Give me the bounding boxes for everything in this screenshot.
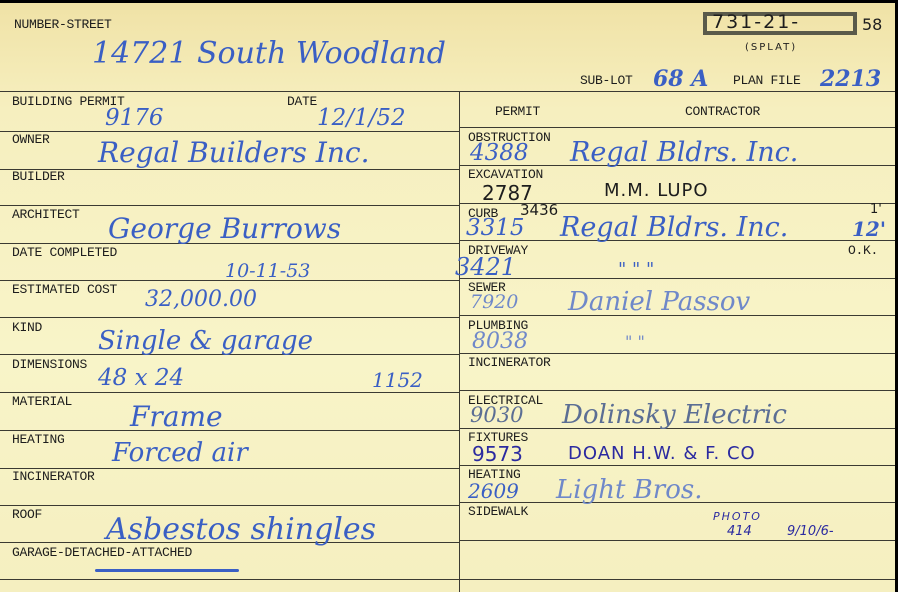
divider [459, 390, 895, 391]
fixtures-permit: 9573 [472, 444, 523, 464]
divider [0, 430, 459, 431]
obstruction-contractor: Regal Bldrs. Inc. [570, 139, 798, 166]
heating-value: Forced air [112, 440, 248, 466]
column-divider [459, 91, 460, 592]
photo-note-date: 9/10/6- [787, 525, 834, 538]
photo-note-label: PHOTO [713, 511, 762, 522]
photo-note-number: 414 [727, 525, 752, 538]
divider [459, 540, 895, 541]
date-completed-label: DATE COMPLETED [12, 246, 117, 260]
divider [0, 392, 459, 393]
date-label: DATE [287, 95, 317, 109]
divider [0, 317, 459, 318]
excavation-permit: 2787 [482, 183, 533, 203]
owner-label: OWNER [12, 133, 50, 147]
sidewalk-label: SIDEWALK [468, 505, 528, 519]
excavation-label: EXCAVATION [468, 168, 543, 182]
curb-measure-top: 1' [870, 203, 882, 216]
material-value: Frame [130, 403, 223, 431]
file-number-note: (SPLAT) [745, 43, 797, 53]
heating-permit: 2609 [468, 481, 519, 501]
date-value: 12/1/52 [317, 107, 406, 130]
curb-contractor: Regal Bldrs. Inc. [560, 214, 788, 241]
curb-permit-note: 3436 [520, 203, 558, 218]
incinerator-label: INCINERATOR [12, 470, 95, 484]
electrical-contractor: Dolinsky Electric [562, 402, 787, 428]
dimensions-extra: 1152 [372, 370, 423, 390]
garage-label: GARAGE-DETACHED-ATTACHED [12, 546, 192, 560]
kind-value: Single & garage [98, 328, 313, 354]
plumbing-contractor: " " [625, 334, 645, 350]
divider [459, 127, 895, 128]
sewer-permit: 7920 [470, 293, 518, 312]
sub-lot-label: SUB-LOT [580, 74, 633, 88]
dimensions-value: 48 x 24 [98, 367, 184, 390]
roof-label: ROOF [12, 508, 42, 522]
divider [459, 278, 895, 279]
divider [0, 205, 459, 206]
electrical-permit: 9030 [470, 405, 523, 426]
sub-lot-value: 68 A [653, 68, 708, 90]
divider [0, 131, 459, 132]
building-permit-value: 9176 [105, 107, 164, 130]
number-street-label: NUMBER-STREET [14, 18, 112, 32]
estimated-cost-value: 32,000.00 [145, 289, 257, 311]
owner-value: Regal Builders Inc. [98, 139, 369, 167]
architect-label: ARCHITECT [12, 208, 80, 222]
builder-label: BUILDER [12, 170, 65, 184]
material-label: MATERIAL [12, 395, 72, 409]
date-completed-value: 10-11-53 [225, 262, 310, 281]
roof-value: Asbestos shingles [106, 515, 376, 545]
driveway-permit: 3421 [455, 255, 516, 279]
permit-column-header: PERMIT [495, 105, 540, 119]
plan-file-label: PLAN FILE [733, 74, 801, 88]
fixtures-contractor: DOAN H.W. & F. CO [568, 445, 756, 463]
curb-measure: 12' [852, 219, 886, 239]
divider [0, 579, 895, 580]
contractor-column-header: CONTRACTOR [685, 105, 760, 119]
divider [0, 505, 459, 506]
file-number-value: 731-21- [712, 13, 800, 32]
incinerator-permit-label: INCINERATOR [468, 356, 551, 370]
file-number-suffix: 58 [862, 17, 882, 33]
architect-value: George Burrows [108, 215, 341, 243]
divider [0, 169, 459, 170]
address-value: 14721 South Woodland [92, 39, 446, 69]
driveway-status: O.K. [848, 244, 878, 258]
heating-contractor: Light Bros. [556, 477, 702, 503]
kind-label: KIND [12, 321, 42, 335]
driveway-contractor: " " " [618, 261, 654, 279]
garage-attached-selection-mark [95, 569, 239, 572]
dimensions-label: DIMENSIONS [12, 358, 87, 372]
obstruction-permit: 4388 [470, 142, 529, 165]
divider [459, 465, 895, 466]
plan-file-value: 2213 [820, 68, 881, 90]
sewer-contractor: Daniel Passov [568, 289, 750, 315]
curb-permit: 3315 [466, 217, 525, 240]
divider [0, 91, 895, 92]
heating-label: HEATING [12, 433, 65, 447]
estimated-cost-label: ESTIMATED COST [12, 283, 117, 297]
plumbing-permit: 8038 [472, 331, 528, 353]
excavation-contractor: M.M. LUPO [604, 182, 709, 200]
building-permit-card: NUMBER-STREET 14721 South Woodland 731-2… [0, 3, 895, 592]
